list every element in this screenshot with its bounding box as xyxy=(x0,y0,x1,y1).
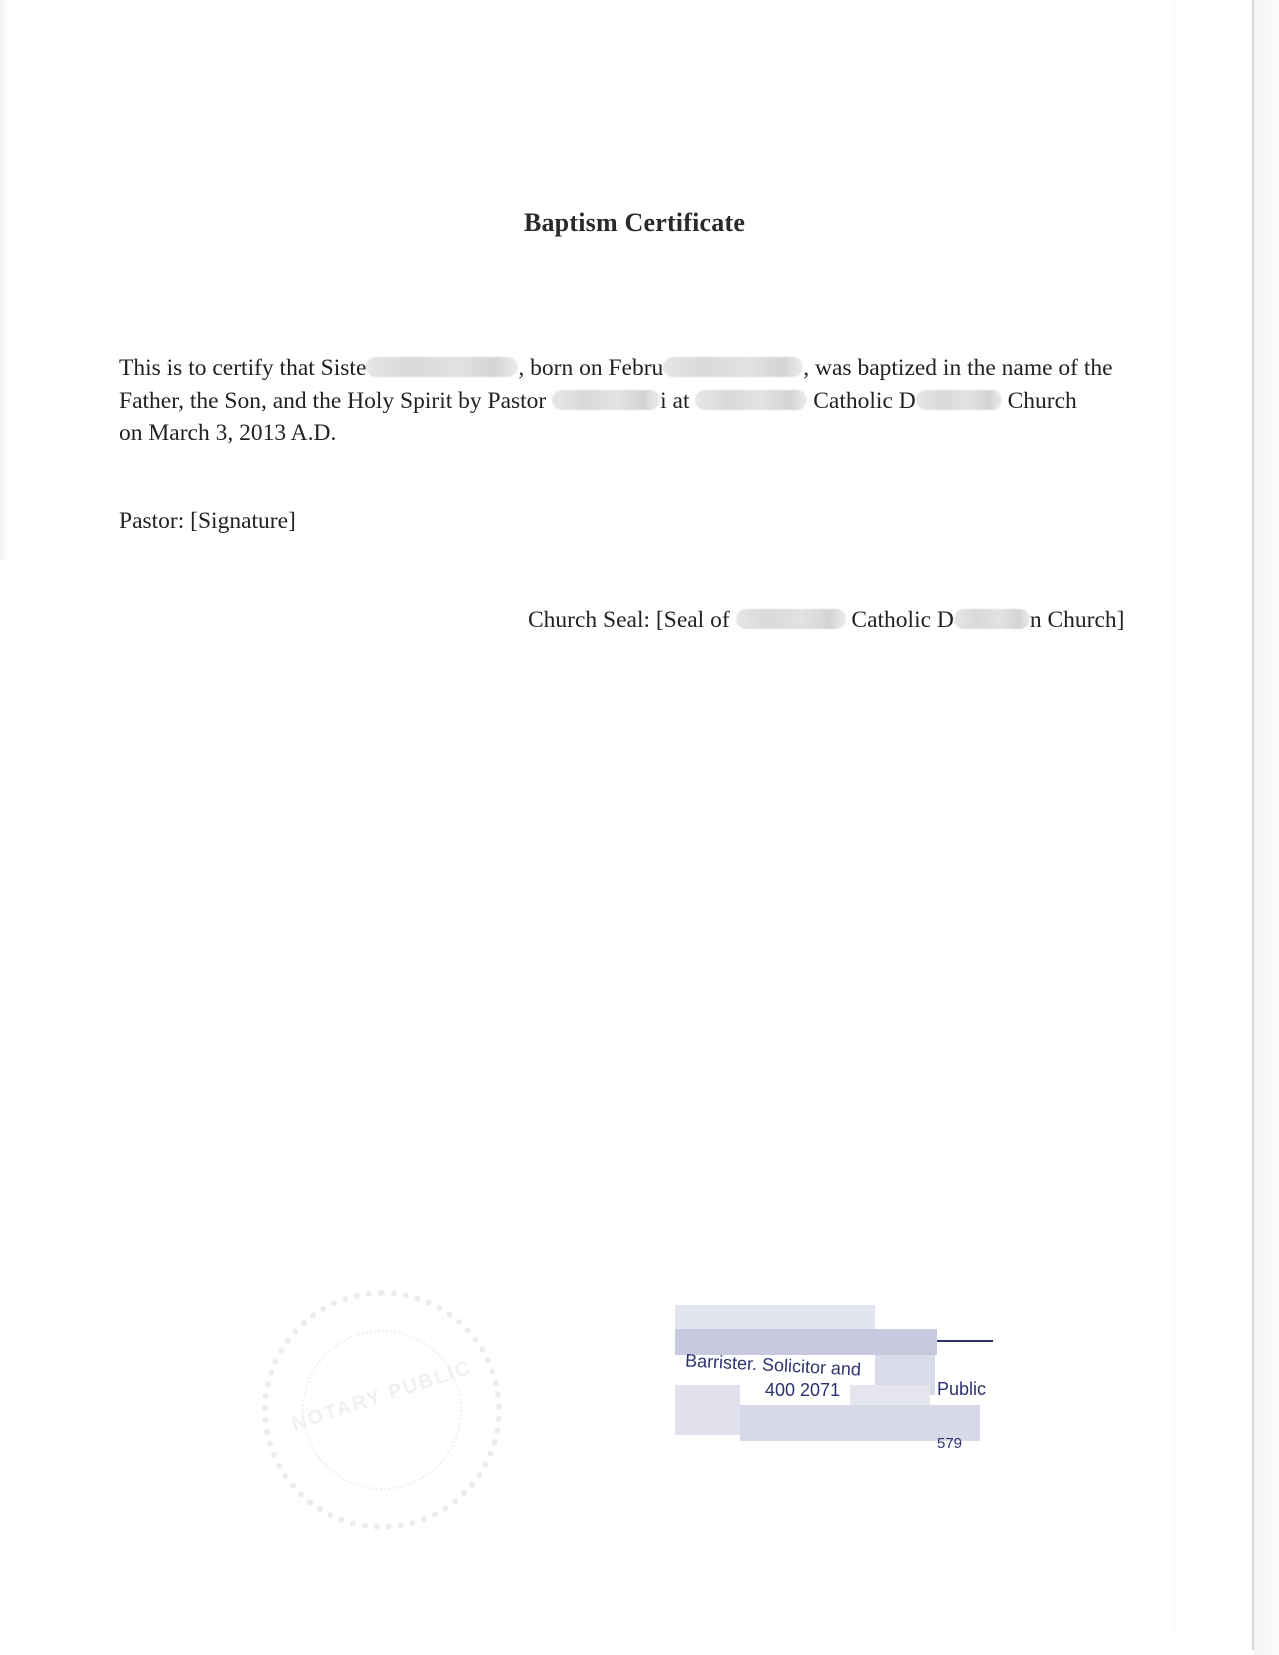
body-text: Father, the Son, and the Holy Spirit by … xyxy=(119,388,552,414)
redacted-city xyxy=(695,390,807,410)
redacted-pastor-name xyxy=(552,390,660,410)
embossed-notary-seal: NOTARY PUBLIC xyxy=(262,1290,502,1530)
notary-stamp: Barrister. Solicitor and Public 400 2071… xyxy=(675,1305,1005,1460)
scan-edge-inner xyxy=(1174,0,1175,1630)
stamp-public-text: Public xyxy=(937,1379,986,1400)
body-line-1: This is to certify that Siste, born on F… xyxy=(119,352,1139,385)
stamp-signature-rule xyxy=(937,1340,993,1342)
pastor-signature-line: Pastor: [Signature] xyxy=(119,508,296,535)
body-text: , born on Febru xyxy=(518,355,663,381)
certificate-title-text: Baptism Certificate xyxy=(524,208,745,237)
body-text: This is to certify that Siste xyxy=(119,355,366,381)
seal-text: n Church] xyxy=(1030,607,1125,633)
certificate-body: This is to certify that Siste, born on F… xyxy=(119,352,1139,450)
stamp-redaction xyxy=(850,1385,930,1405)
body-text: Church xyxy=(1002,388,1077,414)
body-text: i at xyxy=(660,388,695,414)
certificate-title: Baptism Certificate xyxy=(0,208,1279,238)
redacted-seal-district xyxy=(954,609,1030,629)
scan-edge-left xyxy=(0,0,10,560)
body-line-3: on March 3, 2013 A.D. xyxy=(119,417,1139,450)
redacted-birth-date xyxy=(663,357,803,377)
body-text: , was baptized in the name of the xyxy=(803,355,1112,381)
redacted-seal-city xyxy=(736,609,846,629)
scan-edge-right-shadow xyxy=(1254,0,1279,1655)
stamp-redaction xyxy=(675,1385,740,1435)
stamp-number-partial: 579 xyxy=(937,1435,962,1452)
stamp-number-partial: 400 2071 xyxy=(765,1380,840,1401)
redacted-district xyxy=(916,390,1002,410)
redacted-name xyxy=(366,357,518,377)
seal-text: Church Seal: [Seal of xyxy=(528,607,736,633)
body-line-2: Father, the Son, and the Holy Spirit by … xyxy=(119,385,1139,418)
seal-text: Catholic D xyxy=(846,607,954,633)
church-seal-line: Church Seal: [Seal of Catholic Dn Church… xyxy=(528,607,1125,634)
body-text: Catholic D xyxy=(807,388,915,414)
